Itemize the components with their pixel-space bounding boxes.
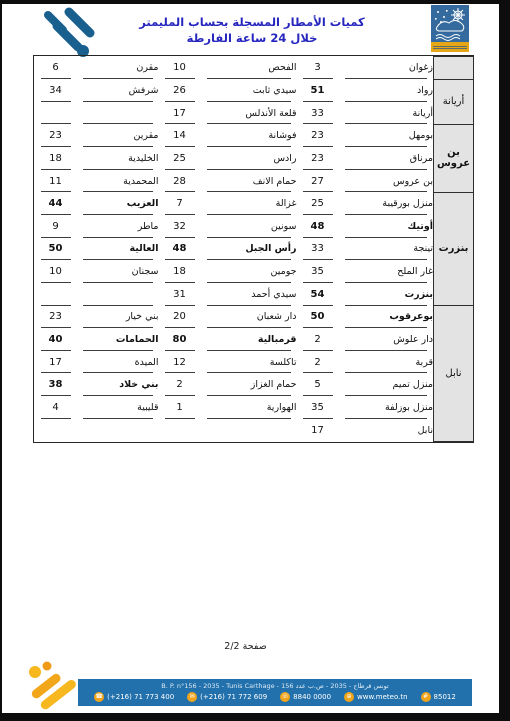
rain-table-body: زغوان3الفحص10مقرن6أريانةرواد51سيدي ثابت2… <box>35 57 474 442</box>
rain-value-cell <box>35 419 77 442</box>
footer-orange-logo <box>26 660 84 710</box>
rain-value-cell: 26 <box>159 79 201 102</box>
station-name-cell: ماطر <box>77 215 159 238</box>
station-name-cell: سجنان <box>77 260 159 283</box>
report-title-line1: كميات الأمطار المسجلة بحساب المليمتر <box>114 14 390 30</box>
rain-value-cell: 7 <box>159 192 201 215</box>
table-row: غار الملح35جومين18سجنان10 <box>35 260 474 283</box>
station-name-cell: بن عروس <box>339 170 434 193</box>
station-name-cell: سيدي ثابت <box>201 79 297 102</box>
rain-value-cell: 12 <box>159 351 201 374</box>
footer-contact-text: www.meteo.tn <box>357 693 408 701</box>
rain-value-cell: 80 <box>159 328 201 351</box>
footer-contact-text: 8840 0000 <box>293 693 331 701</box>
footer-contact-text: (+216) 71 772 609 <box>200 693 267 701</box>
table-row: نابلبوعرقوب50دار شعبان20بني خيار23 <box>35 306 474 329</box>
call-center-icon: ☏ <box>280 692 290 702</box>
footer-contacts: ☎(+216) 71 773 400✉(+216) 71 772 609☏884… <box>78 692 472 702</box>
footer-contact-text: (+216) 71 773 400 <box>107 693 174 701</box>
rain-value-cell: 23 <box>297 147 339 170</box>
rain-value-cell: 38 <box>35 373 77 396</box>
station-name-cell: سونين <box>201 215 297 238</box>
station-name-cell: الهوارية <box>201 396 297 419</box>
rain-value-cell: 50 <box>297 306 339 329</box>
station-name-cell <box>201 419 297 442</box>
station-name-cell: قربة <box>339 351 434 374</box>
rain-value-cell: 33 <box>297 102 339 125</box>
table-row: قربة2تاكلسة12الميدة17 <box>35 351 474 374</box>
inm-rain-logo <box>28 6 110 60</box>
meteo-emblem <box>430 5 470 55</box>
station-name-cell: منزل تميم <box>339 373 434 396</box>
rain-value-cell: 11 <box>35 170 77 193</box>
website-icon: ⊕ <box>344 692 354 702</box>
rain-value-cell: 9 <box>35 215 77 238</box>
footer-contact-item: #85012 <box>421 692 456 702</box>
rain-value-cell: 31 <box>159 283 201 306</box>
footer-contact-item: ☎(+216) 71 773 400 <box>94 692 174 702</box>
station-name-cell: منزل بوزلفة <box>339 396 434 419</box>
station-name-cell: بوعرقوب <box>339 306 434 329</box>
station-name-cell: دار شعبان <box>201 306 297 329</box>
station-name-cell: الفحص <box>201 57 297 80</box>
rain-value-cell: 17 <box>297 419 339 442</box>
table-row: دار علوش2قرمبالية80الحمامات40 <box>35 328 474 351</box>
station-name-cell: بنزرت <box>339 283 434 306</box>
rain-value-cell: 51 <box>297 79 339 102</box>
table-row: أريانةرواد51سيدي ثابت26شرفش34 <box>35 79 474 102</box>
rain-value-cell: 20 <box>159 306 201 329</box>
table-row: أريانة33قلعة الأندلس17 <box>35 102 474 125</box>
emblem-gold-band <box>431 42 469 52</box>
rain-value-cell: 17 <box>35 351 77 374</box>
footer-contact-text: 85012 <box>434 693 456 701</box>
station-name-cell: فوشانة <box>201 124 297 147</box>
table-row: بنزرتمنزل بورقيبة25غزالة7العزيب44 <box>35 192 474 215</box>
table-row: زغوان3الفحص10مقرن6 <box>35 57 474 80</box>
rain-value-cell: 10 <box>35 260 77 283</box>
station-name-cell: شرفش <box>77 79 159 102</box>
rain-value-cell <box>35 283 77 306</box>
governorate-cell: أريانة <box>434 79 474 124</box>
table-row: منزل تميم5حمام الغزاز2بني خلاد38 <box>35 373 474 396</box>
rain-value-cell: 18 <box>35 147 77 170</box>
footer-address: B. P. n°156 - 2035 - Tunis Carthage - تو… <box>78 679 472 690</box>
footer-contact-item: ⊕www.meteo.tn <box>344 692 408 702</box>
table-row: منزل بوزلفة35الهوارية1قليبية4 <box>35 396 474 419</box>
report-title-line2: خلال 24 ساعة الفارطة <box>114 30 390 46</box>
table-row: أوتيك48سونين32ماطر9 <box>35 215 474 238</box>
station-name-cell: تينجة <box>339 238 434 261</box>
rain-value-cell: 27 <box>297 170 339 193</box>
rain-value-cell: 40 <box>35 328 77 351</box>
rainfall-table-frame: زغوان3الفحص10مقرن6أريانةرواد51سيدي ثابت2… <box>33 55 474 443</box>
rain-value-cell: 34 <box>35 79 77 102</box>
station-name-cell: مرناق <box>339 147 434 170</box>
station-name-cell: الميدة <box>77 351 159 374</box>
table-row: تينجة33رأس الجبل48العالية50 <box>35 238 474 261</box>
station-name-cell: دار علوش <box>339 328 434 351</box>
document-page: كميات الأمطار المسجلة بحساب المليمتر خلا… <box>2 4 499 713</box>
governorate-cell: بنزرت <box>434 192 474 305</box>
station-name-cell: غزالة <box>201 192 297 215</box>
rain-value-cell: 33 <box>297 238 339 261</box>
rain-value-cell: 4 <box>35 396 77 419</box>
station-name-cell: نابل <box>339 419 434 442</box>
station-name-cell: منزل بورقيبة <box>339 192 434 215</box>
screenshot-root: { "header": { "title_line1": "كميات الأم… <box>0 0 510 721</box>
table-row: بنزرت54سيدي أحمد31 <box>35 283 474 306</box>
orange-streaks-icon <box>26 660 84 710</box>
phone-icon: ☎ <box>94 692 104 702</box>
station-name-cell: بني خلاد <box>77 373 159 396</box>
station-name-cell: بومهل <box>339 124 434 147</box>
rain-value-cell: 25 <box>159 147 201 170</box>
rain-value-cell: 5 <box>297 373 339 396</box>
rain-streaks-icon <box>28 6 110 60</box>
rain-value-cell: 48 <box>159 238 201 261</box>
rain-value-cell <box>35 102 77 125</box>
rain-value-cell: 2 <box>159 373 201 396</box>
rain-value-cell: 48 <box>297 215 339 238</box>
rain-value-cell: 32 <box>159 215 201 238</box>
rain-value-cell: 25 <box>297 192 339 215</box>
rain-value-cell: 35 <box>297 260 339 283</box>
station-name-cell: حمام الغزاز <box>201 373 297 396</box>
rain-value-cell: 14 <box>159 124 201 147</box>
rainfall-table: زغوان3الفحص10مقرن6أريانةرواد51سيدي ثابت2… <box>34 56 474 442</box>
rain-value-cell: 10 <box>159 57 201 80</box>
station-name-cell: رأس الجبل <box>201 238 297 261</box>
rain-value-cell: 23 <box>35 124 77 147</box>
rain-value-cell: 35 <box>297 396 339 419</box>
fax-icon: ✉ <box>187 692 197 702</box>
rain-value-cell: 2 <box>297 328 339 351</box>
station-name-cell: قرمبالية <box>201 328 297 351</box>
table-row: بن عروسبومهل23فوشانة14مقرين23 <box>35 124 474 147</box>
station-name-cell <box>77 283 159 306</box>
station-name-cell: مقرن <box>77 57 159 80</box>
rain-value-cell: 44 <box>35 192 77 215</box>
governorate-cell: بن عروس <box>434 124 474 192</box>
rain-value-cell: 17 <box>159 102 201 125</box>
rain-value-cell: 6 <box>35 57 77 80</box>
table-row: بن عروس27حمام الانف28المحمدية11 <box>35 170 474 193</box>
station-name-cell: بني خيار <box>77 306 159 329</box>
report-title: كميات الأمطار المسجلة بحساب المليمتر خلا… <box>114 14 390 46</box>
station-name-cell <box>77 419 159 442</box>
station-name-cell: غار الملح <box>339 260 434 283</box>
sms-icon: # <box>421 692 431 702</box>
station-name-cell: تاكلسة <box>201 351 297 374</box>
station-name-cell: العزيب <box>77 192 159 215</box>
rain-value-cell <box>159 419 201 442</box>
station-name-cell: قليبية <box>77 396 159 419</box>
page-number: صفحة 2/2 <box>2 641 489 652</box>
rain-value-cell: 3 <box>297 57 339 80</box>
footer-contact-item: ✉(+216) 71 772 609 <box>187 692 267 702</box>
station-name-cell: رادس <box>201 147 297 170</box>
rain-value-cell: 18 <box>159 260 201 283</box>
station-name-cell: الحمامات <box>77 328 159 351</box>
station-name-cell: حمام الانف <box>201 170 297 193</box>
station-name-cell: العالية <box>77 238 159 261</box>
table-row: مرناق23رادس25الخليدية18 <box>35 147 474 170</box>
station-name-cell: أوتيك <box>339 215 434 238</box>
rain-value-cell: 54 <box>297 283 339 306</box>
station-name-cell: المحمدية <box>77 170 159 193</box>
governorate-cell-empty <box>434 57 474 80</box>
station-name-cell: أريانة <box>339 102 434 125</box>
table-row: نابل17 <box>35 419 474 442</box>
rain-value-cell: 1 <box>159 396 201 419</box>
station-name-cell: قلعة الأندلس <box>201 102 297 125</box>
station-name-cell: مقرين <box>77 124 159 147</box>
rain-value-cell: 23 <box>297 124 339 147</box>
station-name-cell: سيدي أحمد <box>201 283 297 306</box>
station-name-cell <box>77 102 159 125</box>
rain-value-cell: 50 <box>35 238 77 261</box>
governorate-cell: نابل <box>434 306 474 442</box>
meteo-emblem-icon <box>431 5 469 42</box>
rain-value-cell: 2 <box>297 351 339 374</box>
station-name-cell: الخليدية <box>77 147 159 170</box>
rain-value-cell: 28 <box>159 170 201 193</box>
station-name-cell: جومين <box>201 260 297 283</box>
rain-value-cell: 23 <box>35 306 77 329</box>
station-name-cell: زغوان <box>339 57 434 80</box>
station-name-cell: رواد <box>339 79 434 102</box>
footer-contact-item: ☏8840 0000 <box>280 692 331 702</box>
footer-bar: B. P. n°156 - 2035 - Tunis Carthage - تو… <box>78 679 472 706</box>
